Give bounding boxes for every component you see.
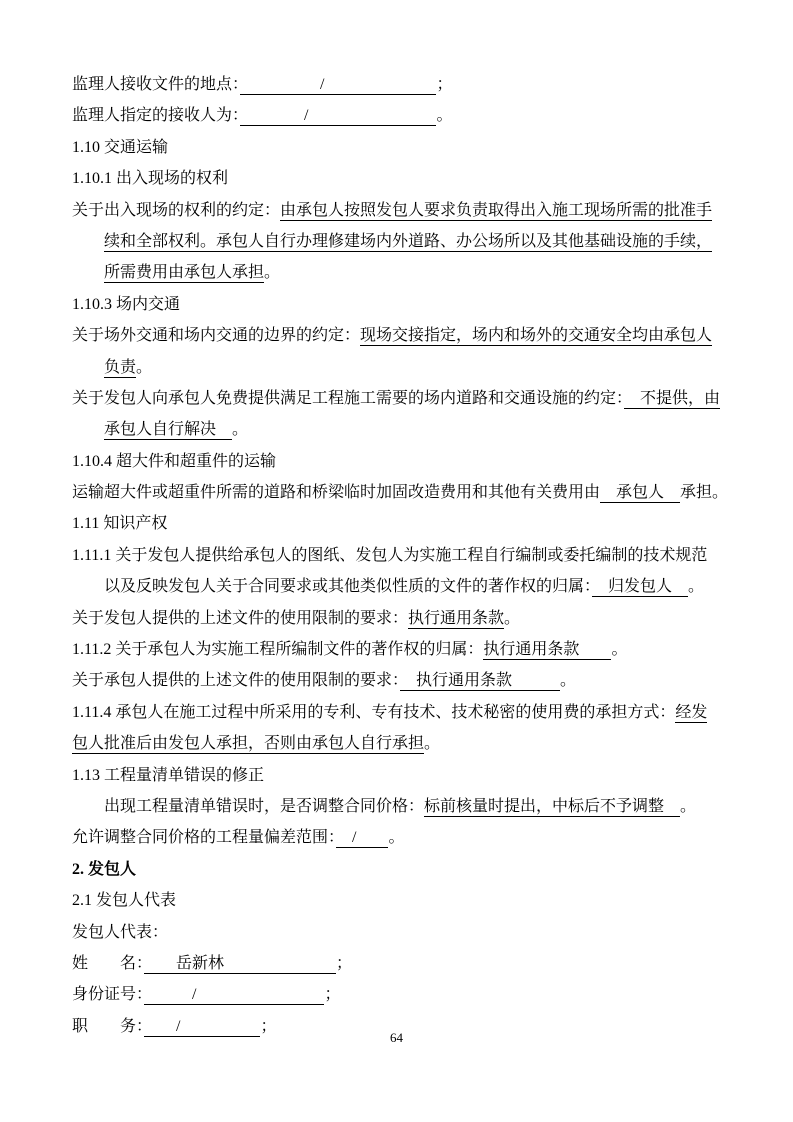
text-run: 。 bbox=[388, 829, 404, 846]
text-run: 1.13 工程量清单错误的修正 bbox=[72, 767, 264, 784]
doc-line: 监理人接收文件的地点： / ； bbox=[72, 69, 742, 100]
doc-line: 2.1 发包人代表 bbox=[72, 885, 742, 916]
filled-blank: 经发 bbox=[675, 704, 707, 723]
filled-blank: 承包人自行解决 bbox=[104, 421, 232, 440]
text-run: 以及反映发包人关于合同要求或其他类似性质的文件的著作权的归属： bbox=[104, 578, 592, 595]
filled-blank: 所需费用由承包人承担 bbox=[104, 264, 264, 283]
text-run: 。 bbox=[680, 798, 696, 815]
doc-line: 允许调整合同价格的工程量偏差范围： / 。 bbox=[72, 822, 742, 853]
doc-line: 1.11 知识产权 bbox=[72, 508, 742, 539]
filled-blank: 由承包人按照发包人要求负责取得出入施工现场所需的批准手 bbox=[280, 202, 712, 221]
doc-line: 发包人代表： bbox=[72, 917, 742, 948]
filled-blank: 标前核量时提出，中标后不予调整 bbox=[424, 798, 680, 817]
doc-line: 关于发包人提供的上述文件的使用限制的要求：执行通用条款。 bbox=[72, 603, 742, 634]
text-run: 1.11.2 关于承包人为实施工程所编制文件的著作权的归属： bbox=[72, 641, 483, 658]
doc-line: 1.10.4 超大件和超重件的运输 bbox=[72, 446, 742, 477]
doc-line: 监理人指定的接收人为： / 。 bbox=[72, 100, 742, 131]
filled-blank: / bbox=[240, 76, 436, 95]
text-run: 2. 发包人 bbox=[72, 861, 136, 878]
doc-line: 姓 名： 岳新林 ； bbox=[72, 948, 742, 979]
text-run: 出现工程量清单错误时，是否调整合同价格： bbox=[104, 798, 424, 815]
text-run: ； bbox=[324, 986, 340, 1003]
text-run: 监理人接收文件的地点： bbox=[72, 76, 240, 93]
filled-blank: 执行通用条款 bbox=[400, 672, 560, 691]
text-run: 。 bbox=[611, 641, 627, 658]
filled-blank: 承包人 bbox=[600, 484, 680, 503]
doc-line: 关于出入现场的权利的约定：由承包人按照发包人要求负责取得出入施工现场所需的批准手 bbox=[72, 195, 742, 226]
filled-blank: 岳新林 bbox=[144, 955, 336, 974]
text-run: 承担。 bbox=[680, 484, 728, 501]
text-run: 1.10.1 出入现场的权利 bbox=[72, 170, 228, 187]
filled-blank: 包人批准后由发包人承担，否则由承包人自行承担 bbox=[72, 735, 424, 754]
text-run: 。 bbox=[688, 578, 704, 595]
doc-line: 负责。 bbox=[72, 352, 742, 383]
filled-blank: 执行通用条款 bbox=[408, 610, 504, 629]
text-run: 1.11 知识产权 bbox=[72, 515, 167, 532]
filled-blank: 不提供，由 bbox=[624, 390, 720, 409]
doc-line: 出现工程量清单错误时，是否调整合同价格：标前核量时提出，中标后不予调整 。 bbox=[72, 791, 742, 822]
doc-line: 1.13 工程量清单错误的修正 bbox=[72, 760, 742, 791]
text-run: 监理人指定的接收人为： bbox=[72, 107, 240, 124]
text-run: 。 bbox=[504, 610, 520, 627]
contract-document-page: 监理人接收文件的地点： / ；监理人指定的接收人为： / 。1.10 交通运输1… bbox=[0, 0, 793, 1122]
text-run: ； bbox=[336, 955, 352, 972]
doc-line: 1.11.2 关于承包人为实施工程所编制文件的著作权的归属：执行通用条款 。 bbox=[72, 634, 742, 665]
filled-blank: 现场交接指定，场内和场外的交通安全均由承包人 bbox=[360, 327, 712, 346]
filled-blank: / bbox=[144, 986, 324, 1005]
doc-line: 1.11.4 承包人在施工过程中所采用的专利、专有技术、技术秘密的使用费的承担方… bbox=[72, 697, 742, 728]
text-run: 。 bbox=[136, 359, 152, 376]
text-run: 身份证号： bbox=[72, 986, 144, 1003]
doc-line: 以及反映发包人关于合同要求或其他类似性质的文件的著作权的归属： 归发包人 。 bbox=[72, 571, 742, 602]
doc-line: 1.10.1 出入现场的权利 bbox=[72, 163, 742, 194]
text-run: 关于发包人向承包人免费提供满足工程施工需要的场内道路和交通设施的约定： bbox=[72, 390, 624, 407]
text-run: 发包人代表： bbox=[72, 924, 168, 941]
filled-blank: 续和全部权利。承包人自行办理修建场内外道路、办公场所以及其他基础设施的手续， bbox=[104, 233, 712, 252]
text-run: 1.11.1 关于发包人提供给承包人的图纸、发包人为实施工程自行编制或委托编制的… bbox=[72, 547, 707, 564]
text-run: 。 bbox=[560, 672, 576, 689]
page-number: 64 bbox=[0, 1030, 793, 1046]
doc-line: 关于发包人向承包人免费提供满足工程施工需要的场内道路和交通设施的约定： 不提供，… bbox=[72, 383, 742, 414]
text-run: 关于发包人提供的上述文件的使用限制的要求： bbox=[72, 610, 408, 627]
text-run: 1.11.4 承包人在施工过程中所采用的专利、专有技术、技术秘密的使用费的承担方… bbox=[72, 704, 675, 721]
text-run: 。 bbox=[264, 264, 280, 281]
text-run: 运输超大件或超重件所需的道路和桥梁临时加固改造费用和其他有关费用由 bbox=[72, 484, 600, 501]
filled-blank: 负责 bbox=[104, 359, 136, 378]
doc-line: 承包人自行解决 。 bbox=[72, 414, 742, 445]
filled-blank: / bbox=[336, 829, 388, 848]
doc-line: 1.10 交通运输 bbox=[72, 132, 742, 163]
filled-blank: 归发包人 bbox=[592, 578, 688, 597]
doc-line: 所需费用由承包人承担。 bbox=[72, 257, 742, 288]
text-run: 1.10.4 超大件和超重件的运输 bbox=[72, 453, 276, 470]
doc-line: 身份证号： / ； bbox=[72, 979, 742, 1010]
text-run: 1.10.3 场内交通 bbox=[72, 296, 180, 313]
text-run: 1.10 交通运输 bbox=[72, 139, 168, 156]
doc-line: 关于场外交通和场内交通的边界的约定：现场交接指定，场内和场外的交通安全均由承包人 bbox=[72, 320, 742, 351]
text-run: 关于承包人提供的上述文件的使用限制的要求： bbox=[72, 672, 400, 689]
doc-line: 2. 发包人 bbox=[72, 854, 742, 885]
text-run: 。 bbox=[424, 735, 440, 752]
text-run: 允许调整合同价格的工程量偏差范围： bbox=[72, 829, 336, 846]
text-run: ； bbox=[436, 76, 452, 93]
contract-text-block: 监理人接收文件的地点： / ；监理人指定的接收人为： / 。1.10 交通运输1… bbox=[72, 69, 742, 1042]
text-run: 2.1 发包人代表 bbox=[72, 892, 176, 909]
doc-line: 1.11.1 关于发包人提供给承包人的图纸、发包人为实施工程自行编制或委托编制的… bbox=[72, 540, 742, 571]
text-run: 。 bbox=[232, 421, 248, 438]
text-run: 姓 名： bbox=[72, 955, 144, 972]
doc-line: 运输超大件或超重件所需的道路和桥梁临时加固改造费用和其他有关费用由 承包人 承担… bbox=[72, 477, 742, 508]
filled-blank: 执行通用条款 bbox=[483, 641, 611, 660]
filled-blank: / bbox=[240, 107, 436, 126]
doc-line: 包人批准后由发包人承担，否则由承包人自行承担。 bbox=[72, 728, 742, 759]
text-run: 关于出入现场的权利的约定： bbox=[72, 202, 280, 219]
doc-line: 续和全部权利。承包人自行办理修建场内外道路、办公场所以及其他基础设施的手续， bbox=[72, 226, 742, 257]
doc-line: 关于承包人提供的上述文件的使用限制的要求： 执行通用条款 。 bbox=[72, 665, 742, 696]
doc-line: 1.10.3 场内交通 bbox=[72, 289, 742, 320]
text-run: 关于场外交通和场内交通的边界的约定： bbox=[72, 327, 360, 344]
text-run: 。 bbox=[436, 107, 452, 124]
